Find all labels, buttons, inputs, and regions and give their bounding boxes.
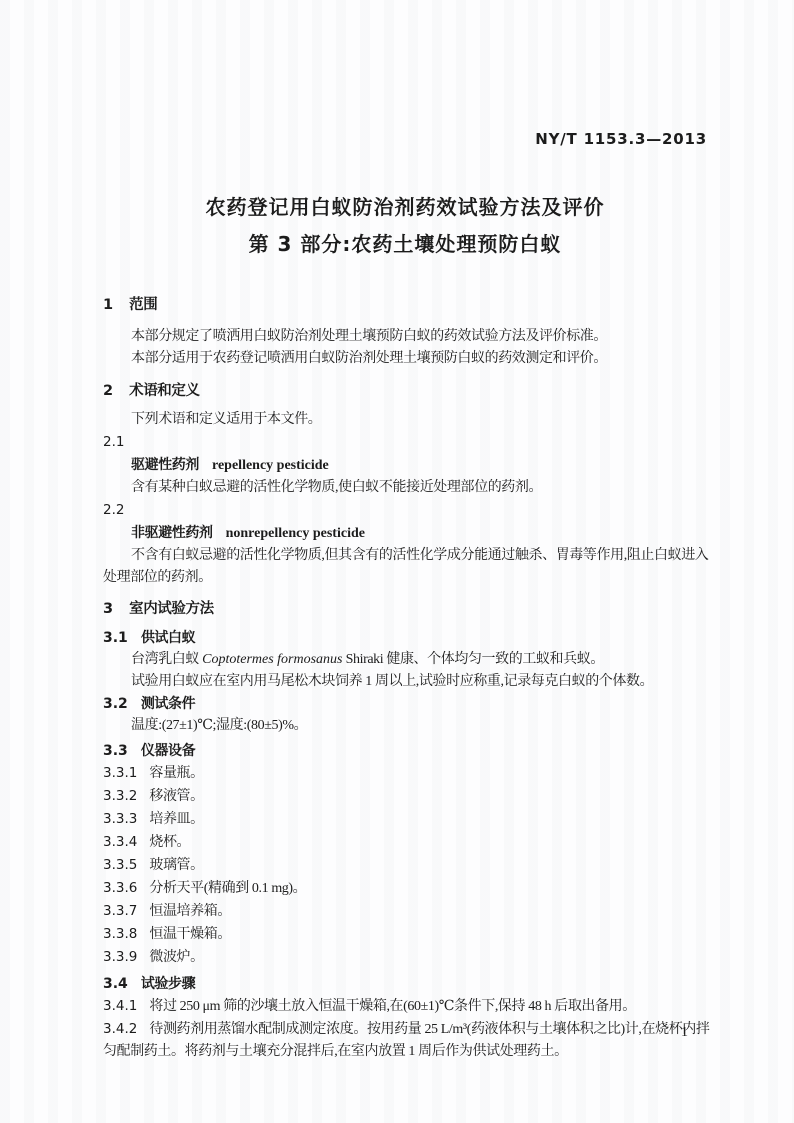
definition-repellency: 含有某种白蚁忌避的活性化学物质,使白蚁不能接近处理部位的药剂。 (103, 477, 713, 499)
clause-3-3-heading: 3.3仪器设备 (103, 740, 713, 762)
equipment-list: 3.3.1容量瓶。 3.3.2移液管。 3.3.3培养皿。 3.3.4烧杯。 3… (103, 762, 713, 969)
clause-3-2-label: 测试条件 (141, 696, 195, 712)
equipment-item: 3.3.6分析天平(精确到 0.1 mg)。 (103, 877, 713, 900)
title-line-1: 农药登记用白蚁防治剂药效试验方法及评价 (103, 189, 707, 226)
clause-3-3-label: 仪器设备 (141, 743, 195, 759)
clause-3-1-heading: 3.1供试白蚁 (103, 627, 713, 649)
clause-3-4-label: 试验步骤 (141, 976, 195, 992)
clause-2-1-number: 2.1 (103, 431, 713, 454)
term-nonrepellency-pesticide: 非驱避性药剂nonrepellency pesticide (103, 522, 713, 545)
term-nonrepellency-english: nonrepellency pesticide (226, 526, 365, 541)
section-2-number: 2 (103, 380, 113, 402)
equipment-item: 3.3.1容量瓶。 (103, 762, 713, 785)
section-3-number: 3 (103, 598, 113, 620)
section-3-label: 室内试验方法 (129, 601, 214, 617)
clause-3-2-heading: 3.2测试条件 (103, 693, 713, 715)
term-repellency-pesticide: 驱避性药剂repellency pesticide (103, 454, 713, 477)
equipment-item: 3.3.4烧杯。 (103, 831, 713, 854)
section-1-heading: 1范围 (103, 294, 713, 316)
section-1-paragraph-1: 本部分规定了喷洒用白蚁防治剂处理土壤预防白蚁的药效试验方法及评价标准。 (103, 326, 713, 348)
termite-rearing-paragraph: 试验用白蚁应在室内用马尾松木块饲养 1 周以上,试验时应称重,记录每克白蚁的个体… (103, 671, 713, 693)
equipment-item: 3.3.3培养皿。 (103, 808, 713, 831)
term-nonrepellency-chinese: 非驱避性药剂 (131, 525, 213, 541)
standard-code: NY/T 1153.3—2013 (103, 130, 707, 148)
section-1-label: 范围 (129, 297, 157, 313)
termite-species-paragraph: 台湾乳白蚁 Coptotermes formosanus Shiraki 健康、… (103, 649, 713, 671)
section-2-label: 术语和定义 (129, 383, 200, 399)
clause-2-2-number: 2.2 (103, 499, 713, 522)
test-conditions-paragraph: 温度:(27±1)℃;湿度:(80±5)%。 (103, 715, 713, 737)
equipment-item: 3.3.2移液管。 (103, 785, 713, 808)
procedure-step: 3.4.2待测药剂用蒸馏水配制成测定浓度。按用药量 25 L/m³(药液体积与土… (103, 1018, 713, 1063)
document-page: NY/T 1153.3—2013 农药登记用白蚁防治剂药效试验方法及评价 第 3… (0, 0, 794, 1123)
clause-3-4-heading: 3.4试验步骤 (103, 973, 713, 995)
section-2-heading: 2术语和定义 (103, 380, 713, 402)
section-1-number: 1 (103, 294, 113, 316)
definition-nonrepellency: 不含有白蚁忌避的活性化学物质,但其含有的活性化学成分能通过触杀、胃毒等作用,阻止… (103, 545, 713, 589)
page-number: 1 (681, 1025, 688, 1041)
document-body: 1范围 本部分规定了喷洒用白蚁防治剂处理土壤预防白蚁的药效试验方法及评价标准。 … (103, 294, 713, 1063)
equipment-item: 3.3.5玻璃管。 (103, 854, 713, 877)
clause-3-1-label: 供试白蚁 (141, 630, 195, 646)
section-1-paragraph-2: 本部分适用于农药登记喷洒用白蚁防治剂处理土壤预防白蚁的药效测定和评价。 (103, 348, 713, 370)
term-repellency-english: repellency pesticide (212, 458, 329, 473)
document-title: 农药登记用白蚁防治剂药效试验方法及评价 第 3 部分:农药土壤处理预防白蚁 (103, 189, 707, 263)
term-repellency-chinese: 驱避性药剂 (131, 457, 199, 473)
equipment-item: 3.3.9微波炉。 (103, 946, 713, 969)
section-2-intro: 下列术语和定义适用于本文件。 (103, 409, 713, 431)
equipment-item: 3.3.8恒温干燥箱。 (103, 923, 713, 946)
latin-species-name: Coptotermes formosanus (202, 652, 342, 667)
title-line-2: 第 3 部分:农药土壤处理预防白蚁 (103, 226, 707, 263)
equipment-item: 3.3.7恒温培养箱。 (103, 900, 713, 923)
section-3-heading: 3室内试验方法 (103, 598, 713, 620)
procedure-step: 3.4.1将过 250 μm 筛的沙壤土放入恒温干燥箱,在(60±1)℃条件下,… (103, 995, 713, 1018)
